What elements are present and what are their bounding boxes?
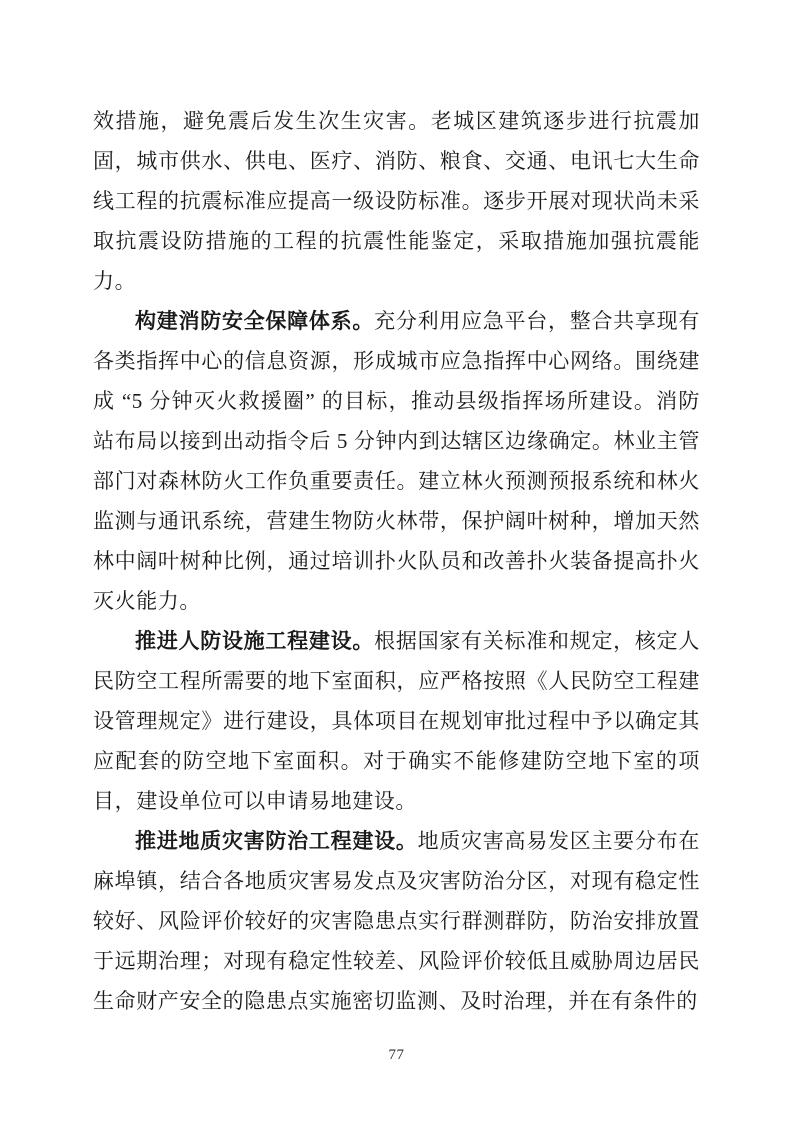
paragraph-civil-defense: 推进人防设施工程建设。根据国家有关标准和规定，核定人民防空工程所需要的地下室面积… (93, 621, 700, 821)
paragraph-fire-safety: 构建消防安全保障体系。充分利用应急平台，整合共享现有各类指挥中心的信息资源，形成… (93, 301, 700, 621)
paragraph-text: 根据国家有关标准和规定，核定人民防空工程所需要的地下室面积，应严格按照《人民防空… (93, 629, 700, 813)
paragraph-earthquake-continuation: 效措施，避免震后发生次生灾害。老城区建筑逐步进行抗震加固，城市供水、供电、医疗、… (93, 101, 700, 301)
paragraph-text: 效措施，避免震后发生次生灾害。老城区建筑逐步进行抗震加固，城市供水、供电、医疗、… (93, 109, 700, 293)
paragraph-lead: 推进人防设施工程建设。 (135, 629, 374, 653)
paragraph-text: 地质灾害高易发区主要分布在麻埠镇，结合各地质灾害易发点及灾害防治分区，对现有稳定… (93, 829, 700, 1013)
paragraph-text: 充分利用应急平台，整合共享现有各类指挥中心的信息资源，形成城市应急指挥中心网络。… (93, 309, 700, 613)
paragraph-lead: 推进地质灾害防治工程建设。 (135, 829, 418, 853)
paragraph-lead: 构建消防安全保障体系。 (135, 309, 374, 333)
paragraph-geological-disaster: 推进地质灾害防治工程建设。地质灾害高易发区主要分布在麻埠镇，结合各地质灾害易发点… (93, 821, 700, 1021)
page-content: 效措施，避免震后发生次生灾害。老城区建筑逐步进行抗震加固，城市供水、供电、医疗、… (93, 101, 700, 1021)
document-page: 效措施，避免震后发生次生灾害。老城区建筑逐步进行抗震加固，城市供水、供电、医疗、… (0, 0, 793, 1122)
page-number: 77 (389, 1047, 405, 1063)
page-footer: 77 (0, 1046, 793, 1064)
